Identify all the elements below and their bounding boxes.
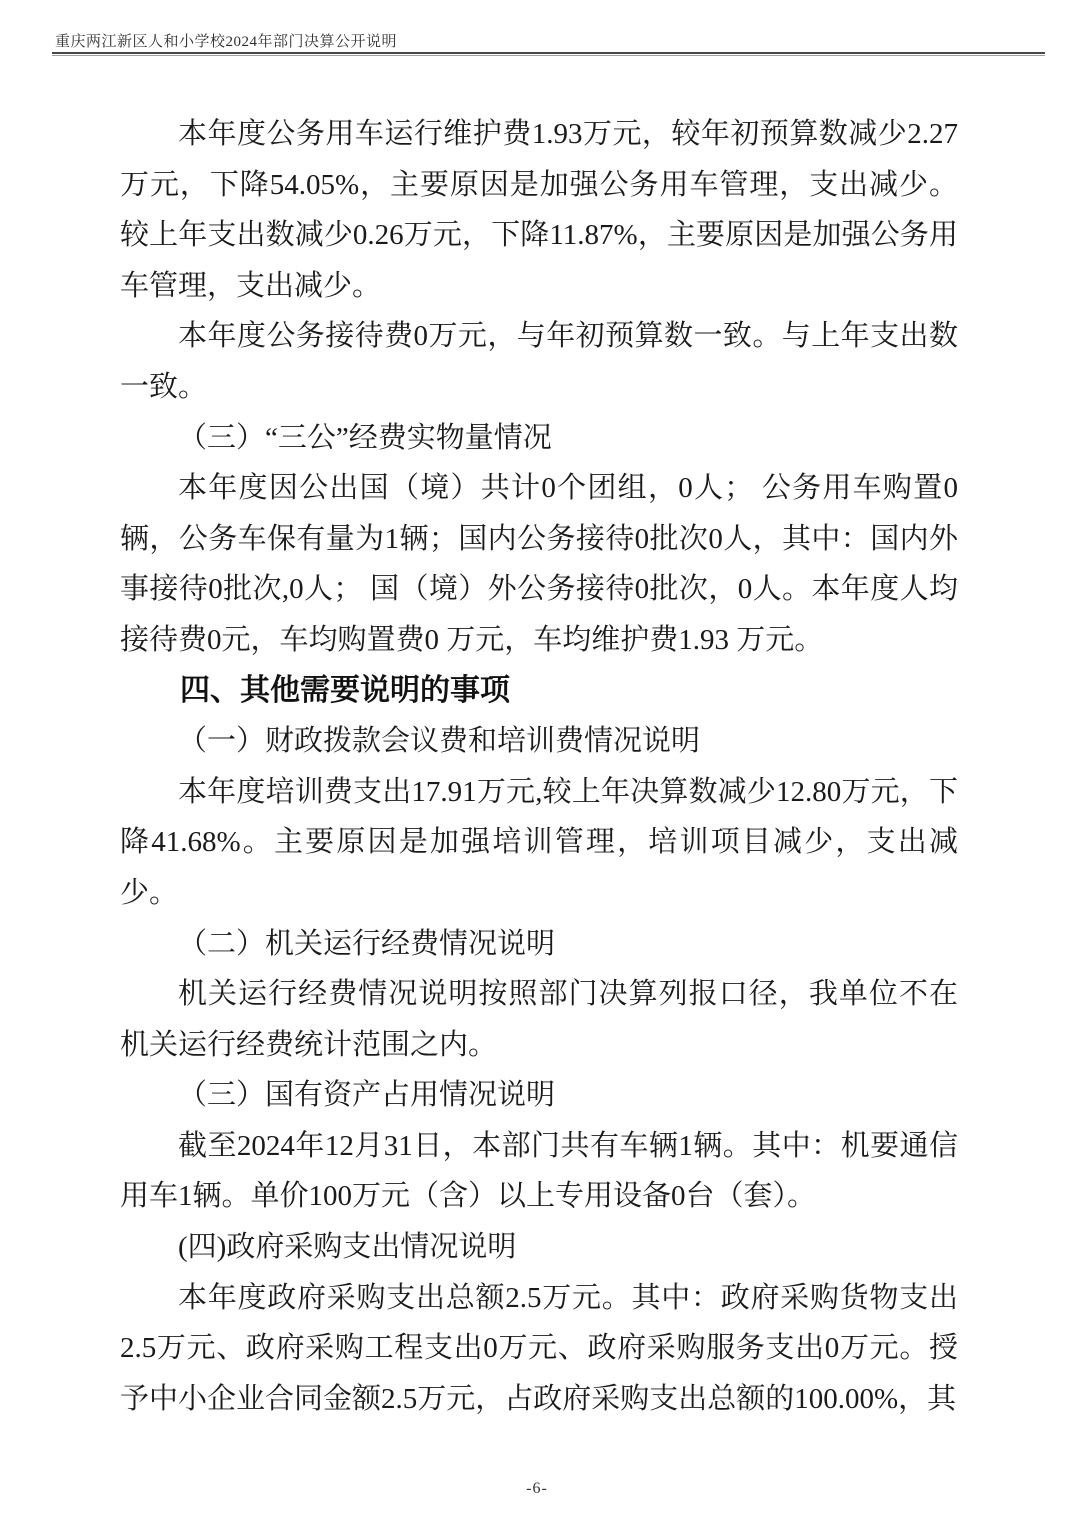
body-paragraph: 机关运行经费情况说明按照部门决算列报口径，我单位不在机关运行经费统计范围之内。 bbox=[120, 969, 958, 1070]
body-paragraph: 本年度培训费支出17.91万元,较上年决算数减少12.80万元，下降41.68%… bbox=[120, 767, 958, 919]
document-page: 重庆两江新区人和小学校2024年部门决算公开说明 本年度公务用车运行维护费1.9… bbox=[0, 0, 1074, 1520]
section-heading: 四、其他需要说明的事项 bbox=[120, 666, 958, 717]
body-paragraph: 本年度公务用车运行维护费1.93万元，较年初预算数减少2.27万元，下降54.0… bbox=[120, 109, 958, 311]
header-rule-light-line bbox=[52, 55, 1045, 56]
header-rule bbox=[52, 52, 1045, 56]
body-paragraph: 本年度政府采购支出总额2.5万元。其中：政府采购货物支出2.5万元、政府采购工程… bbox=[120, 1273, 958, 1425]
document-body: 本年度公务用车运行维护费1.93万元，较年初预算数减少2.27万元，下降54.0… bbox=[120, 109, 958, 1424]
body-paragraph: 本年度公务接待费0万元，与年初预算数一致。与上年支出数一致。 bbox=[120, 311, 958, 412]
body-paragraph: 本年度因公出国（境）共计0个团组，0人； 公务用车购置0辆，公务车保有量为1辆；… bbox=[120, 463, 958, 665]
subsection-heading: (四)政府采购支出情况说明 bbox=[120, 1222, 958, 1273]
body-paragraph: 截至2024年12月31日，本部门共有车辆1辆。其中：机要通信用车1辆。单价10… bbox=[120, 1121, 958, 1222]
subsection-heading: （三）国有资产占用情况说明 bbox=[120, 1070, 958, 1121]
subsection-heading: （二）机关运行经费情况说明 bbox=[120, 919, 958, 970]
running-header-title: 重庆两江新区人和小学校2024年部门决算公开说明 bbox=[55, 30, 397, 51]
page-number: -6- bbox=[0, 1480, 1074, 1498]
header-rule-dark-line bbox=[52, 52, 1045, 54]
subsection-heading: （一）财政拨款会议费和培训费情况说明 bbox=[120, 716, 958, 767]
subsection-heading: （三）“三公”经费实物量情况 bbox=[120, 413, 958, 464]
